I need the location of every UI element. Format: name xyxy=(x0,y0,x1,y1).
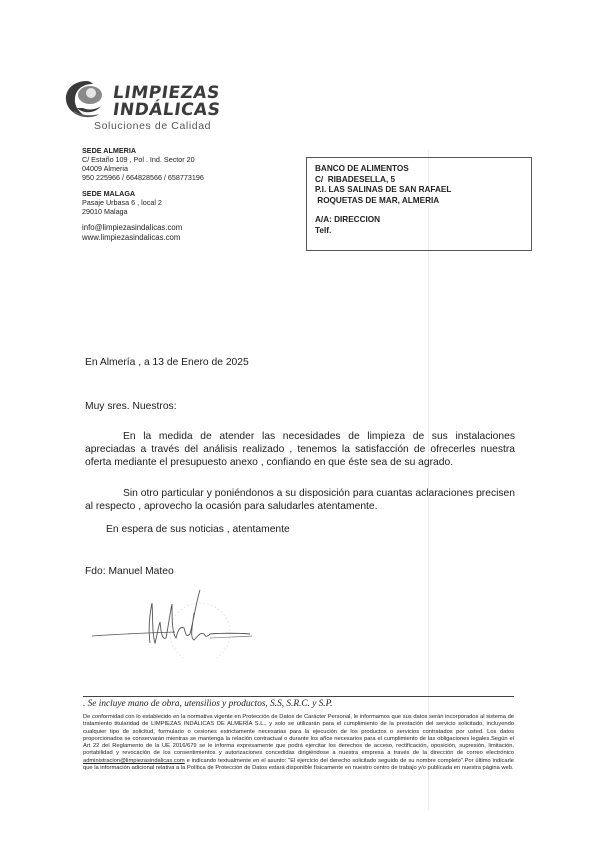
letter-signoff: Fdo: Manuel Mateo xyxy=(85,566,174,577)
letter-greeting: Muy sres. Nuestros: xyxy=(85,401,177,412)
sede-malaga-address: Pasaje Urbasa 6 , local 2 xyxy=(82,198,204,207)
logo-swirl-icon xyxy=(63,78,111,120)
logo-tagline: Soluciones de Calidad xyxy=(94,120,211,132)
recipient-street: C/ RIBADESELLA, 5 xyxy=(315,175,531,186)
paragraph-2-text: Sin otro particular y poniéndonos a su d… xyxy=(85,488,515,512)
sede-malaga-heading: SEDE MALAGA xyxy=(82,189,204,198)
letter-page: LIMPIEZAS INDÁLICAS Soluciones de Calida… xyxy=(0,0,595,841)
recipient-name: BANCO DE ALIMENTOS xyxy=(315,164,531,175)
recipient-phone: Telf. xyxy=(315,226,531,237)
legal-text-part1: De conformidad con lo establecido en la … xyxy=(83,714,514,756)
sede-malaga-city: 29010 Malaga xyxy=(82,207,204,216)
letter-date: En Almería , a 13 de Enero de 2025 xyxy=(85,357,249,368)
paragraph-1-text: En la medida de atender las necesidades … xyxy=(85,431,515,468)
sender-email: info@limpiezasindalicas.com xyxy=(82,223,204,233)
sede-malaga: SEDE MALAGA Pasaje Urbasa 6 , local 2 29… xyxy=(82,189,204,216)
recipient-city: ROQUETAS DE MAR, ALMERIA xyxy=(315,196,531,207)
sender-info: SEDE ALMERIA C/ Estaño 109 , Pol . Ind. … xyxy=(82,146,204,243)
sede-almeria-city: 04009 Almeria xyxy=(82,164,204,173)
logo-name-line2: INDÁLICAS xyxy=(112,100,222,120)
privacy-legal-notice: De conformidad con lo establecido en la … xyxy=(83,714,514,772)
recipient-area: P.I. LAS SALINAS DE SAN RAFAEL xyxy=(315,185,531,196)
handwritten-signature-icon xyxy=(90,588,270,658)
sede-almeria-phones: 950 225966 / 664828566 / 658773196 xyxy=(82,173,204,182)
sender-website: www.limpiezasindalicas.com xyxy=(82,233,204,243)
footer-divider xyxy=(83,696,514,697)
sede-almeria-address: C/ Estaño 109 , Pol . Ind. Sector 20 xyxy=(82,155,204,164)
recipient-attention: A/A: DIRECCION xyxy=(315,215,531,226)
recipient-address-box: BANCO DE ALIMENTOS C/ RIBADESELLA, 5 P.I… xyxy=(306,157,532,251)
footer-included-note: . Se incluye mano de obra, utensilios y … xyxy=(83,699,332,709)
company-logo: LIMPIEZAS INDÁLICAS Soluciones de Calida… xyxy=(63,78,253,138)
letter-closing: En espera de sus noticias , atentamente xyxy=(106,524,290,535)
sede-almeria: SEDE ALMERIA C/ Estaño 109 , Pol . Ind. … xyxy=(82,146,204,182)
sede-almeria-heading: SEDE ALMERIA xyxy=(82,146,204,155)
letter-paragraph-1: En la medida de atender las necesidades … xyxy=(85,430,515,469)
letter-paragraph-2: Sin otro particular y poniéndonos a su d… xyxy=(85,487,515,513)
legal-email-link[interactable]: administracion@limpiezasindalicas.com xyxy=(83,758,185,764)
